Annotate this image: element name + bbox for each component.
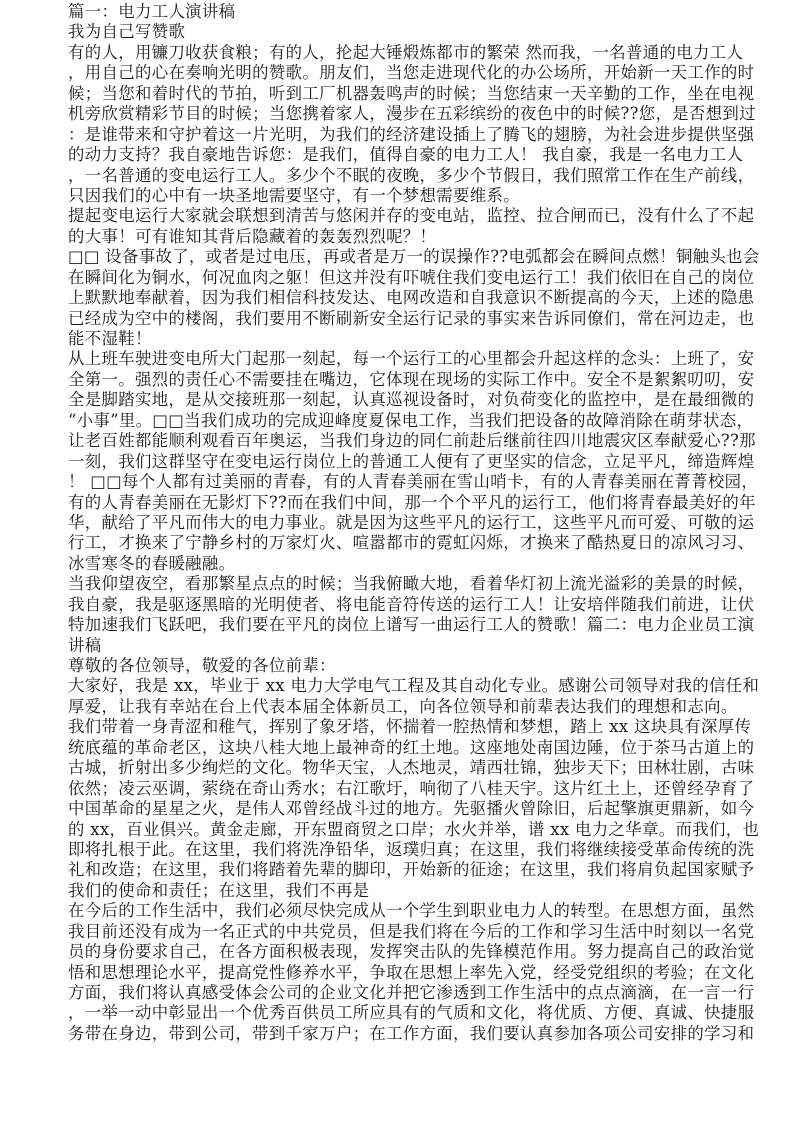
text-line: 候；当您和着时代的节拍，听到工厂机器轰鸣声的时候；当您结束一天辛勤的工作，坐在电… bbox=[68, 84, 728, 104]
text-line: 上默默地奉献着，因为我们相信科技发达、电网改造和自我意识不断提高的今天，上述的隐… bbox=[68, 288, 728, 308]
text-line: 讲稿 bbox=[68, 636, 728, 656]
text-line: 方面，我们将认真感受体会公司的企业文化并把它渗透到工作生活中的点点滴滴，在一言一… bbox=[68, 983, 728, 1003]
text-line: 员的身份要求自己，在各方面积极表现，发挥突击队的先锋模范作用。努力提高自己的政治… bbox=[68, 942, 728, 962]
text-line: 我们的使命和责任；在这里，我们不再是 bbox=[68, 881, 728, 901]
text-line: ，一举一动中彰显出一个优秀百供员工所应具有的气质和文化，将优质、方便、真诚、快捷… bbox=[68, 1003, 728, 1023]
text-line: 只因我们的心中有一块圣地需要坚守，有一个梦想需要维系。 bbox=[68, 186, 728, 206]
text-line: 悟和思想理论水平，提高党性修养水平，争取在思想上率先入党，经受党组织的考验；在文… bbox=[68, 963, 728, 983]
text-line: 提起变电运行大家就会联想到清苦与悠闲并存的变电站，监控、拉合闸而已，没有什么了不… bbox=[68, 206, 728, 226]
text-line: 尊敬的各位领导，敬爱的各位前辈： bbox=[68, 656, 728, 676]
document-page: 篇一：电力工人演讲稿 我为自己写赞歌 有的人，用镰刀收获食粮；有的人，抡起大锤煅… bbox=[68, 2, 728, 1085]
text-line: 礼和改造；在这里，我们将踏着先辈的脚印，开始新的征途；在这里，我们将肩负起国家赋… bbox=[68, 860, 728, 880]
text-line: 务带在身边，带到公司，带到千家万户；在工作方面，我们要认真参加各项公司安排的学习… bbox=[68, 1024, 728, 1044]
text-line: 全是脚踏实地，是从交接班那一刻起，认真巡视设备时，对负荷变化的监控中，是在最细微… bbox=[68, 390, 728, 410]
text-line: 的 xx，百业俱兴。黄金走廊，开东盟商贸之口岸；水火并举，谱 xx 电力之华章。… bbox=[68, 820, 728, 840]
text-line: 大家好，我是 xx，毕业于 xx 电力大学电气工程及其自动化专业。感谢公司领导对… bbox=[68, 676, 728, 696]
text-line bbox=[68, 1044, 728, 1064]
text-line: ：是谁带来和守护着这一片光明，为我们的经济建设插上了腾飞的翅膀，为社会进步提供坚… bbox=[68, 125, 728, 145]
text-line: 机旁欣赏精彩节目的时候；当您携着家人，漫步在五彩缤纷的夜色中的时候??您，是否想… bbox=[68, 104, 728, 124]
text-line: ，用自己的心在奏响光明的赞歌。朋友们，当您走进现代化的办公场所，开始新一天工作的… bbox=[68, 63, 728, 83]
text-line: 即将扎根于此。在这里，我们将洗净铅华，返璞归真；在这里，我们将继续接受革命传统的… bbox=[68, 840, 728, 860]
text-line: 有的人青春美丽在无影灯下??而在我们中间，那一个个平凡的运行工，他们将青春最美好… bbox=[68, 493, 728, 513]
text-line: 的动力支持？我自豪地告诉您：是我们，值得自豪的电力工人！ 我自豪，我是一名电力工… bbox=[68, 145, 728, 165]
text-line bbox=[68, 1065, 728, 1085]
text-line: 从上班车驶进变电所大门起那一刻起，每一个运行工的心里都会升起这样的念头：上班了，… bbox=[68, 349, 728, 369]
subtitle: 我为自己写赞歌 bbox=[68, 22, 728, 42]
text-line: 我自豪，我是驱逐黑暗的光明使者、将电能音符传送的运行工人！让安培伴随我们前进，让… bbox=[68, 595, 728, 615]
text-line: 特加速我们飞跃吧，我们要在平凡的岗位上谱写一曲运行工人的赞歌！篇二：电力企业员工… bbox=[68, 615, 728, 635]
text-line: 让老百姓都能顺利观看百年奥运，当我们身边的同仁前赴后继前往四川地震灾区奉献爱心?… bbox=[68, 431, 728, 451]
text-line: 一刻，我们这群坚守在变电运行岗位上的普通工人便有了更坚实的信念，立足平凡，缔造辉… bbox=[68, 452, 728, 472]
section-title-1: 篇一：电力工人演讲稿 bbox=[68, 2, 728, 22]
text-line: 能不湿鞋！ bbox=[68, 329, 728, 349]
text-line: 冰雪寒冬的春暖融融。 bbox=[68, 554, 728, 574]
text-line: 我目前还没有成为一名正式的中共党员，但是我们将在今后的工作和学习生活中时刻以一名… bbox=[68, 922, 728, 942]
text-line: 的大事！可有谁知其背后隐藏着的轰轰烈烈呢？！ bbox=[68, 227, 728, 247]
text-line: 统底蕴的革命老区，这块八桂大地上最神奇的红土地。这座地处南国边陲，位于茶马古道上… bbox=[68, 738, 728, 758]
text-line: ！ □□每个人都有过美丽的青春，有的人青春美丽在雪山哨卡，有的人青春美丽在菁菁校… bbox=[68, 472, 728, 492]
text-line: 在瞬间化为铜水，何况血肉之躯！但这并没有吓唬住我们变电运行工！我们依旧在自己的岗… bbox=[68, 268, 728, 288]
text-line: 全第一。强烈的责任心不需要挂在嘴边，它体现在现场的实际工作中。安全不是絮絮叨叨，… bbox=[68, 370, 728, 390]
text-line: 依然；凌云巫调，萦绕在奇山秀水；右江歌圩，响彻了八桂天宇。这片红土上，还曾经孕育… bbox=[68, 779, 728, 799]
text-line: 已经成为空中的楼阁，我们要用不断刷新安全运行记录的事实来告诉同僚们，常在河边走，… bbox=[68, 309, 728, 329]
text-line: 有的人，用镰刀收获食粮；有的人，抡起大锤煅炼都市的繁荣 然而我，一名普通的电力工… bbox=[68, 43, 728, 63]
text-line: 在今后的工作生活中，我们必须尽快完成从一个学生到职业电力人的转型。在思想方面，虽… bbox=[68, 901, 728, 921]
text-line: 我们带着一身青涩和稚气，挥别了象牙塔，怀揣着一腔热情和梦想，踏上 xx 这块具有… bbox=[68, 717, 728, 737]
text-line: □□ 设备事故了，或者是过电压，再或者是万一的误操作??电弧都会在瞬间点燃！铜触… bbox=[68, 247, 728, 267]
text-line: ，一名普通的变电运行工人。多少个不眠的夜晚，多少个节假日，我们照常工作在生产前线… bbox=[68, 166, 728, 186]
text-line: 古城，折射出多少绚烂的文化。物华天宝，人杰地灵，靖西壮锦，独步天下；田林壮剧，古… bbox=[68, 758, 728, 778]
text-line: “小事”里。□□当我们成功的完成迎峰度夏保电工作，当我们把设备的故障消除在萌芽状… bbox=[68, 411, 728, 431]
text-line: 行工，才换来了宁静乡村的万家灯火、喧嚣都市的霓虹闪烁，才换来了酷热夏日的凉风习习… bbox=[68, 533, 728, 553]
text-line: 华，献给了平凡而伟大的电力事业。就是因为这些平凡的运行工，这些平凡而可爱、可敬的… bbox=[68, 513, 728, 533]
text-line: 中国革命的星星之火，是伟人邓曾经战斗过的地方。先驱播火曾除旧，后起擎旗更鼎新，如… bbox=[68, 799, 728, 819]
text-line: 当我仰望夜空，看那繁星点点的时候；当我俯瞰大地，看着华灯初上流光溢彩的美景的时候… bbox=[68, 574, 728, 594]
text-line: 厚爱，让我有幸站在台上代表本届全体新员工，向各位领导和前辈表达我们的理想和志向。 bbox=[68, 697, 728, 717]
